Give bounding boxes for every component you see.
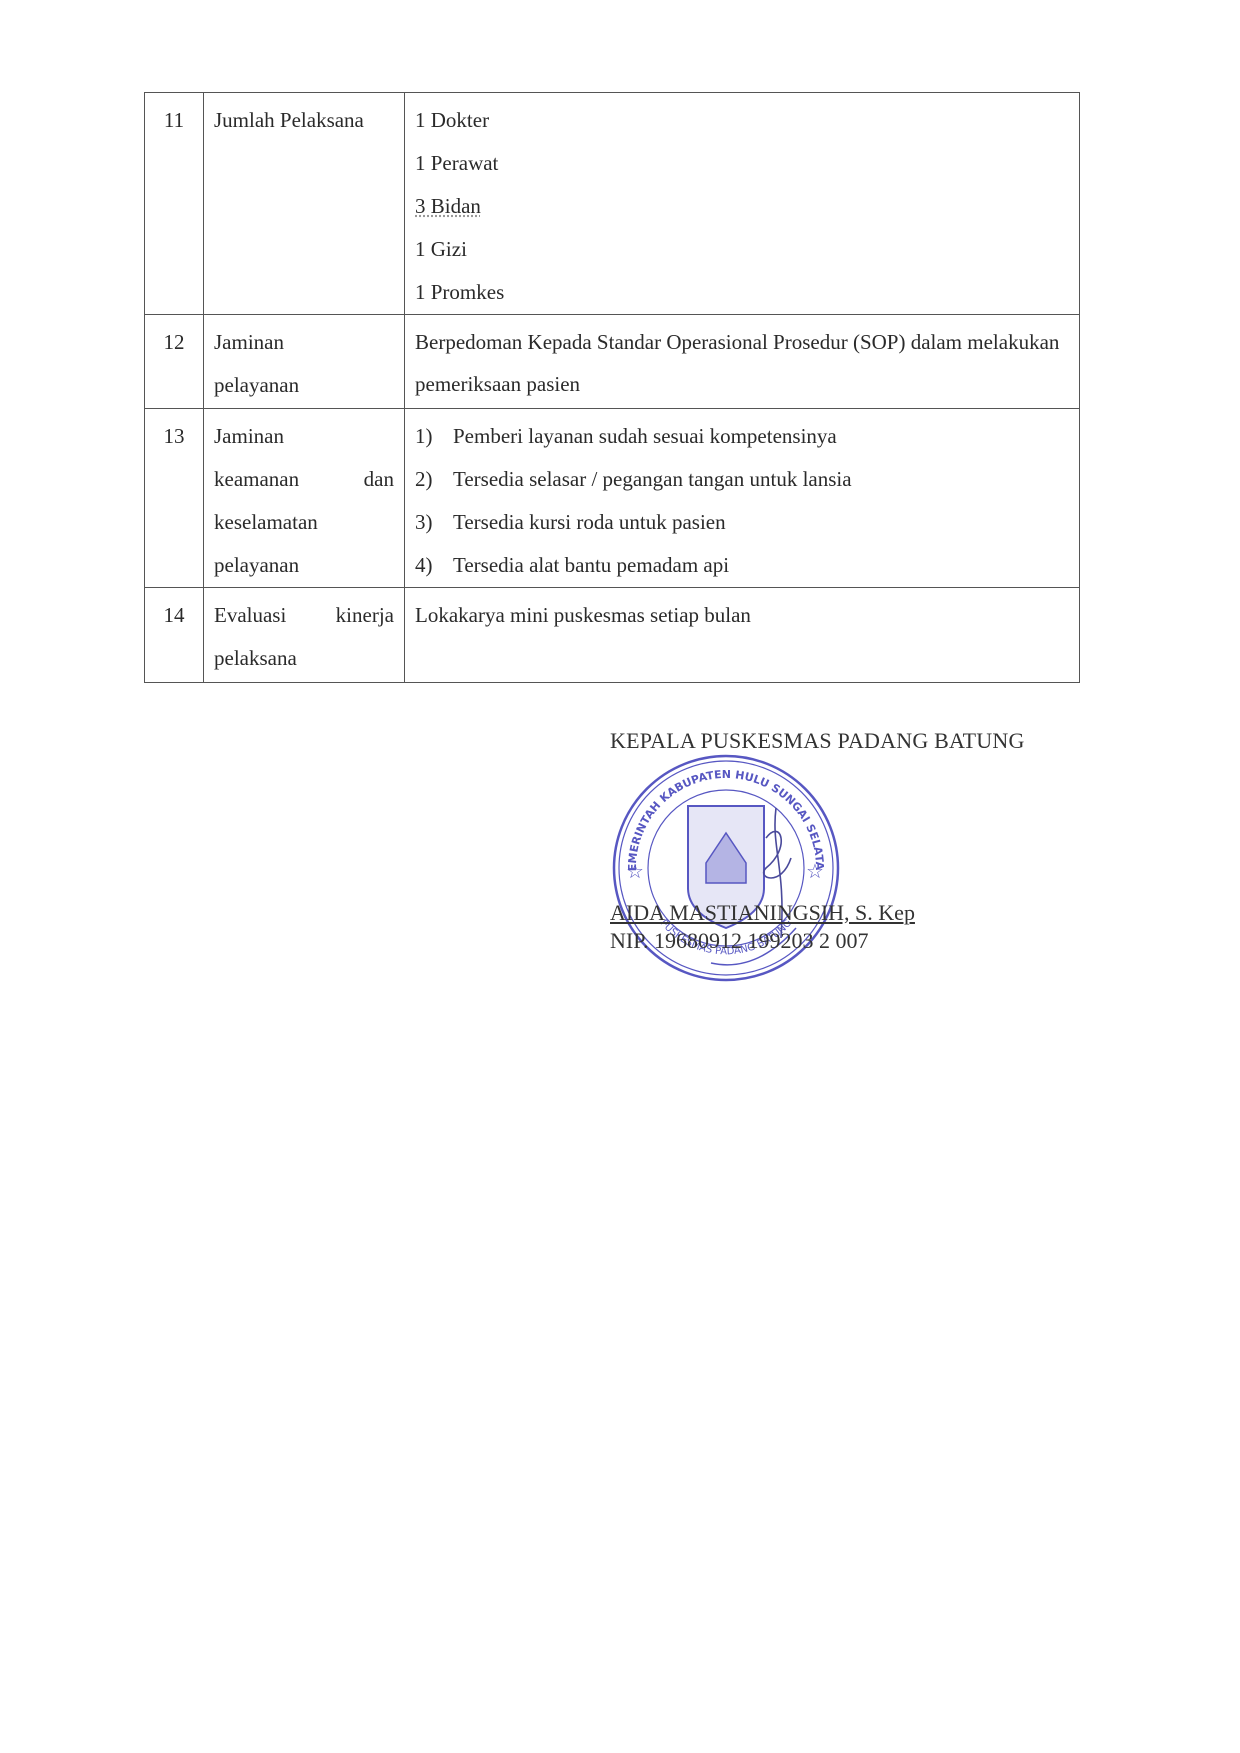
- row-description: Lokakarya mini puskesmas setiap bulan: [405, 588, 1079, 637]
- row-number: 14: [145, 588, 203, 637]
- safety-list: 1)Pemberi layanan sudah sesuai kompetens…: [405, 409, 1079, 587]
- list-text: Pemberi layanan sudah sesuai kompetensin…: [453, 415, 837, 458]
- signatory-name: AIDA MASTIANINGSIH, S. Kep: [610, 900, 1025, 926]
- list-item: 3)Tersedia kursi roda untuk pasien: [415, 501, 1069, 544]
- row-number: 13: [145, 409, 203, 458]
- list-item: 1 Gizi: [415, 228, 1069, 271]
- label-line: keamanan dan: [214, 458, 394, 501]
- table-row: 11 Jumlah Pelaksana 1 Dokter 1 Perawat 3…: [145, 93, 1080, 315]
- list-number: 4): [415, 544, 453, 587]
- list-text: Tersedia alat bantu pemadam api: [453, 544, 729, 587]
- row-label: Jaminan keamanan dan keselamatan pelayan…: [204, 409, 404, 587]
- list-number: 1): [415, 415, 453, 458]
- list-number: 3): [415, 501, 453, 544]
- list-item: 2)Tersedia selasar / pegangan tangan unt…: [415, 458, 1069, 501]
- list-text: Tersedia kursi roda untuk pasien: [453, 501, 726, 544]
- signature-block: KEPALA PUSKESMAS PADANG BATUNG AIDA MAST…: [610, 728, 1025, 954]
- row-number: 12: [145, 315, 203, 364]
- label-line: Evaluasi kinerja: [214, 594, 394, 637]
- list-item: 3 Bidan: [415, 185, 1069, 228]
- row-label: Jaminan pelayanan: [204, 315, 404, 407]
- label-line: keselamatan: [214, 501, 394, 544]
- list-item: 4)Tersedia alat bantu pemadam api: [415, 544, 1069, 587]
- signatory-nip: NIP. 19680912 199203 2 007: [610, 928, 1025, 954]
- list-item: 1 Dokter: [415, 99, 1069, 142]
- list-text: Tersedia selasar / pegangan tangan untuk…: [453, 458, 852, 501]
- service-standard-table: 11 Jumlah Pelaksana 1 Dokter 1 Perawat 3…: [144, 92, 1080, 683]
- list-item: 1 Perawat: [415, 142, 1069, 185]
- table-row: 13 Jaminan keamanan dan keselamatan pela…: [145, 409, 1080, 588]
- row-number: 11: [145, 93, 203, 142]
- list-item: 1)Pemberi layanan sudah sesuai kompetens…: [415, 415, 1069, 458]
- label-line: Jaminan: [214, 321, 394, 364]
- label-line: pelayanan: [214, 364, 394, 407]
- row-label: Evaluasi kinerja pelaksana: [204, 588, 404, 680]
- table-row: 14 Evaluasi kinerja pelaksana Lokakarya …: [145, 588, 1080, 683]
- signatory-title: KEPALA PUSKESMAS PADANG BATUNG: [610, 728, 1025, 754]
- label-line: pelayanan: [214, 544, 394, 587]
- label-line: pelaksana: [214, 637, 394, 680]
- list-number: 2): [415, 458, 453, 501]
- staff-list: 1 Dokter 1 Perawat 3 Bidan 1 Gizi 1 Prom…: [405, 93, 1079, 314]
- row-label: Jumlah Pelaksana: [204, 93, 404, 142]
- label-line: Jaminan: [214, 415, 394, 458]
- list-item: 1 Promkes: [415, 271, 1069, 314]
- row-description: Berpedoman Kepada Standar Operasional Pr…: [405, 315, 1079, 405]
- table-row: 12 Jaminan pelayanan Berpedoman Kepada S…: [145, 315, 1080, 409]
